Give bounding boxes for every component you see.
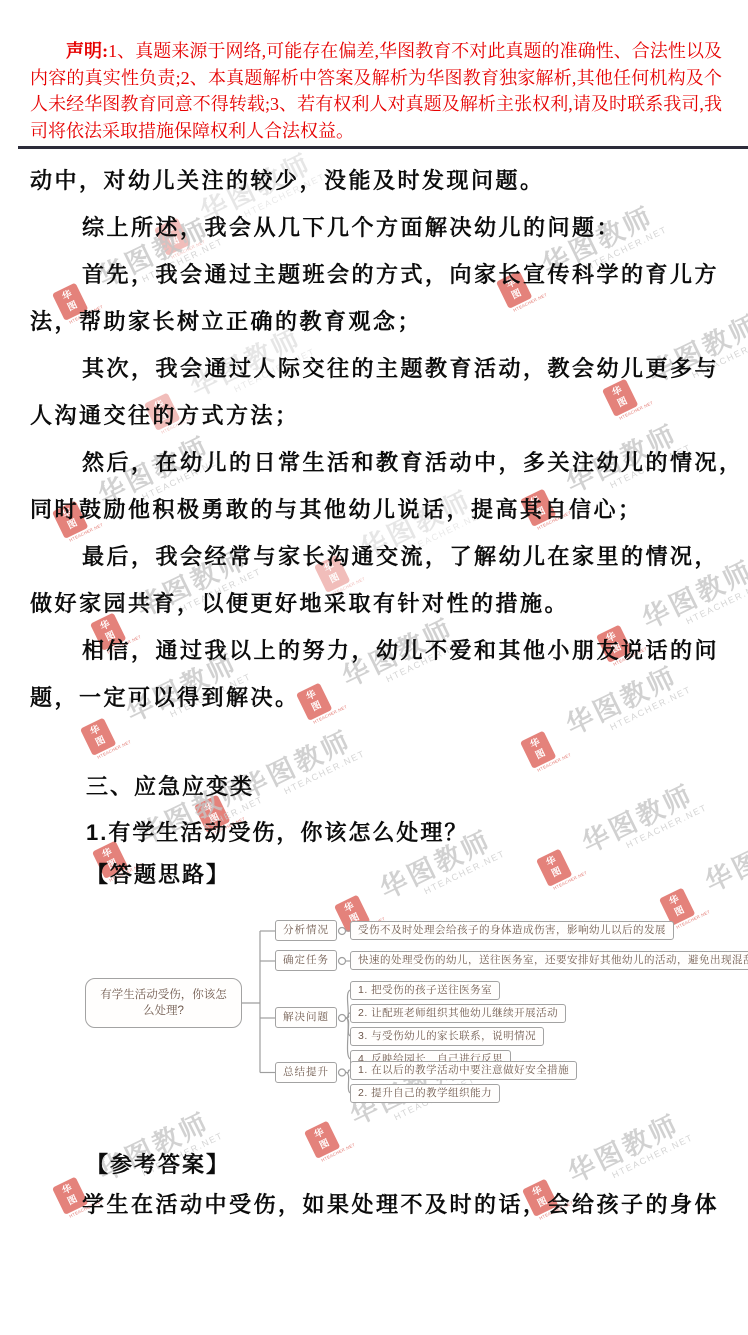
body-line: 其次，我会通过人际交往的主题教育活动，教会幼儿更多与 (30, 345, 722, 392)
mindmap-leaf: 3. 与受伤幼儿的家长联系，说明情况 (350, 1027, 544, 1046)
body-line: 首先，我会通过主题班会的方式，向家长宣传科学的育儿方 (30, 251, 722, 298)
document-page: 华图 HTEACHER.NET 华图教师 HTEACHER.NET 华图 HTE… (0, 0, 748, 1335)
body-text: 动中，对幼儿关注的较少，没能及时发现问题。 综上所述，我会从几下几个方面解决幼儿… (30, 157, 722, 721)
mindmap-leaf: 1. 把受伤的孩子送往医务室 (350, 981, 500, 1000)
body-line: 法，帮助家长树立正确的教育观念； (30, 298, 722, 345)
disclaimer-label: 声明: (66, 41, 108, 61)
body-line: 相信，通过我以上的努力，幼儿不爱和其他小朋友说话的问 (30, 627, 722, 674)
answer-label: 【参考答案】 (86, 1150, 230, 1180)
document-content: 声明:1、真题来源于网络,可能存在偏差,华图教育不对此真题的准确性、合法性以及内… (0, 0, 748, 1335)
body-line: 人沟通交往的方式方法； (30, 392, 722, 439)
disclaimer-text: 1、真题来源于网络,可能存在偏差,华图教育不对此真题的准确性、合法性以及内容的真… (30, 41, 722, 141)
mindmap-leaf: 快速的处理受伤的幼儿，送往医务室，还要安排好其他幼儿的活动，避免出现混乱 (350, 951, 748, 970)
thinking-label: 【答题思路】 (86, 860, 230, 890)
mindmap-leaf: 1. 在以后的教学活动中要注意做好安全措施 (350, 1061, 577, 1080)
body-line: 同时鼓励他积极勇敢的与其他幼儿说话，提高其自信心； (30, 486, 722, 533)
mindmap-leaf: 受伤不及时处理会给孩子的身体造成伤害，影响幼儿以后的发展 (350, 921, 674, 940)
mindmap-branch-summary: 总结提升 (275, 1062, 337, 1083)
question-title: 1.有学生活动受伤，你该怎么处理？ (86, 818, 468, 848)
mindmap-leaf: 2. 提升自己的教学组织能力 (350, 1084, 500, 1103)
body-line: 题，一定可以得到解决。 (30, 674, 722, 721)
header-divider (18, 146, 748, 149)
body-line: 最后，我会经常与家长沟通交流，了解幼儿在家里的情况， (30, 533, 722, 580)
mindmap-branch-solve: 解决问题 (275, 1007, 337, 1028)
body-line: 做好家园共育，以便更好地采取有针对性的措施。 (30, 580, 722, 627)
mindmap-branch-analyze: 分析情况 (275, 920, 337, 941)
section-title: 三、应急应变类 (86, 772, 254, 802)
answer-first-line: 学生在活动中受伤，如果处理不及时的话，会给孩子的身体 (30, 1190, 719, 1220)
disclaimer: 声明:1、真题来源于网络,可能存在偏差,华图教育不对此真题的准确性、合法性以及内… (30, 38, 722, 144)
body-line: 动中，对幼儿关注的较少，没能及时发现问题。 (30, 157, 722, 204)
mindmap-branch-task: 确定任务 (275, 950, 337, 971)
mindmap-root-node: 有学生活动受伤，你该怎么处理? (85, 978, 242, 1028)
mindmap-leaf: 2. 让配班老师组织其他幼儿继续开展活动 (350, 1004, 566, 1023)
body-line: 然后，在幼儿的日常生活和教育活动中，多关注幼儿的情况， (30, 439, 722, 486)
answer-mindmap: 有学生活动受伤，你该怎么处理? 分析情况 确定任务 解决问题 总结提升 受伤不及… (0, 905, 748, 1120)
body-line: 综上所述，我会从几下几个方面解决幼儿的问题： (30, 204, 722, 251)
